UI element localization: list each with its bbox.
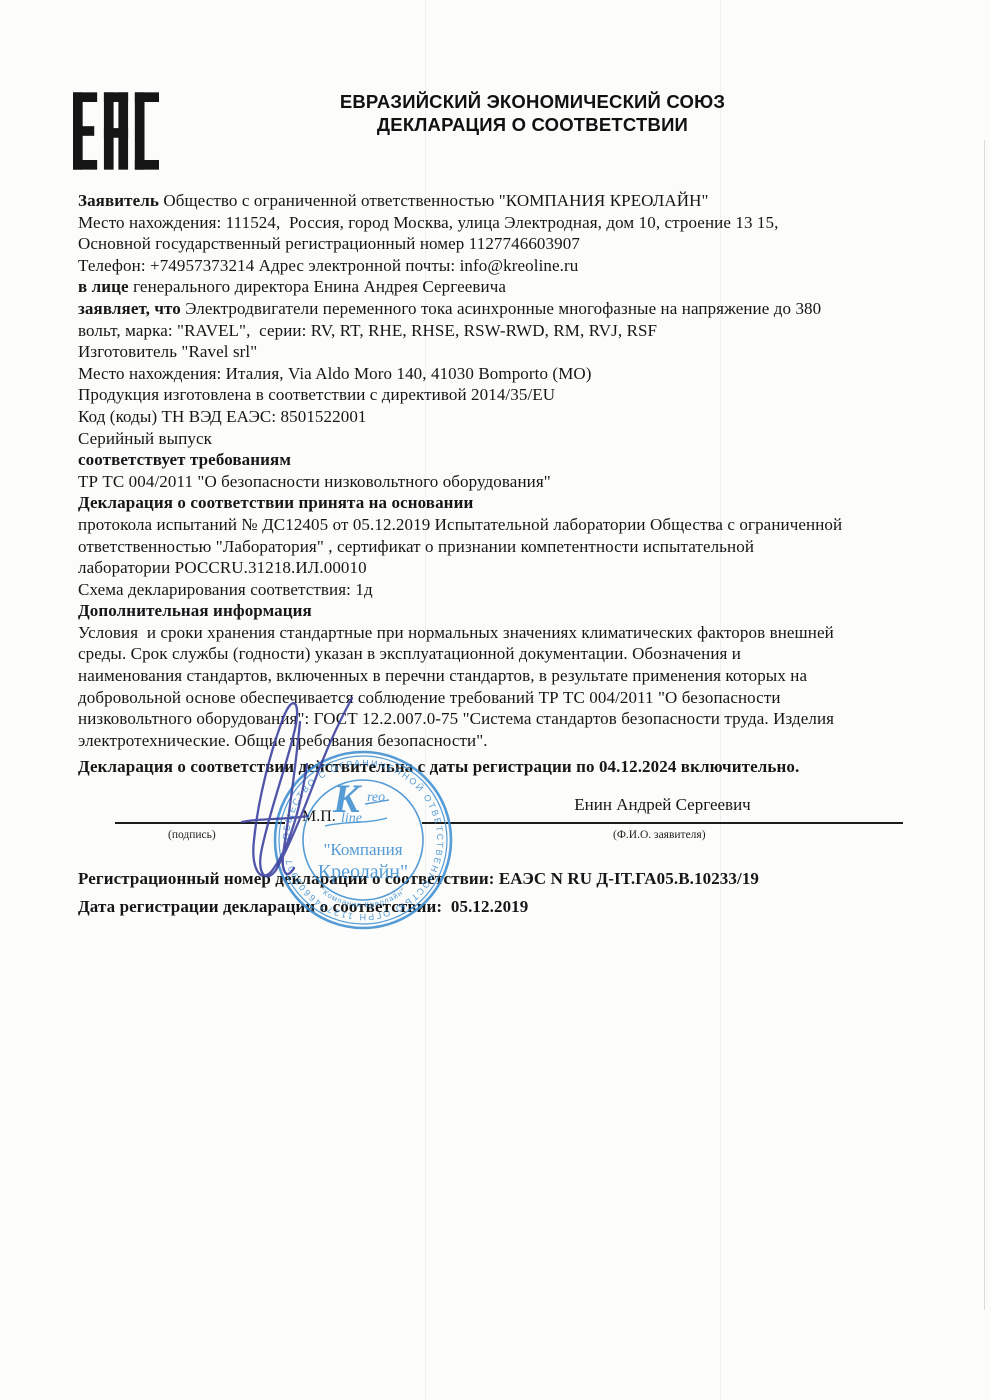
- doc-line: Изготовитель "Ravel srl": [78, 341, 938, 363]
- doc-line: Продукция изготовлена в соответствии с д…: [78, 384, 938, 406]
- registration-number-value: ЕАЭС N RU Д-IT.ГА05.В.10233/19: [499, 869, 759, 888]
- doc-line: заявляет, что Электродвигатели переменно…: [78, 298, 938, 320]
- doc-line: лаборатории РОССRU.31218.ИЛ.00010: [78, 557, 938, 579]
- fio-caption: (Ф.И.О. заявителя): [613, 829, 706, 841]
- doc-line: протокола испытаний № ДС12405 от 05.12.2…: [78, 514, 938, 536]
- doc-line: в лице генерального директора Енина Андр…: [78, 276, 938, 298]
- doc-line: Место нахождения: Италия, Via Aldo Moro …: [78, 363, 938, 385]
- doc-line: ТР ТС 004/2011 "О безопасности низковоль…: [78, 471, 938, 493]
- title-union: ЕВРАЗИЙСКИЙ ЭКОНОМИЧЕСКИЙ СОЮЗ: [75, 90, 990, 113]
- title-declaration: ДЕКЛАРАЦИЯ О СООТВЕТСТВИИ: [75, 113, 990, 136]
- doc-line: Декларация о соответствии принята на осн…: [78, 492, 938, 514]
- document-body: Заявитель Общество с ограниченной ответс…: [78, 190, 938, 751]
- doc-line: Дополнительная информация: [78, 600, 938, 622]
- doc-line: Код (коды) ТН ВЭД ЕАЭС: 8501522001: [78, 406, 938, 428]
- doc-line: ответственностью "Лаборатория" , сертифи…: [78, 536, 938, 558]
- document-title: ЕВРАЗИЙСКИЙ ЭКОНОМИЧЕСКИЙ СОЮЗ ДЕКЛАРАЦИ…: [75, 90, 990, 136]
- scan-edge-artifact: [984, 140, 985, 1310]
- doc-line: Заявитель Общество с ограниченной ответс…: [78, 190, 938, 212]
- doc-line: Схема декларирования соответствия: 1д: [78, 579, 938, 601]
- doc-line: Серийный выпуск: [78, 428, 938, 450]
- declaration-document: ЕВРАЗИЙСКИЙ ЭКОНОМИЧЕСКИЙ СОЮЗ ДЕКЛАРАЦИ…: [0, 0, 990, 1400]
- doc-line: соответствует требованиям: [78, 449, 938, 471]
- doc-line: среды. Срок службы (годности) указан в э…: [78, 643, 938, 665]
- fio-line: [422, 822, 903, 824]
- doc-line: Место нахождения: 111524, Россия, город …: [78, 212, 938, 234]
- doc-line: вольт, марка: "RAVEL", серии: RV, RT, RH…: [78, 320, 938, 342]
- doc-line: Телефон: +74957373214 Адрес электронной …: [78, 255, 938, 277]
- doc-line: Основной государственный регистрационный…: [78, 233, 938, 255]
- applicant-name: Енин Андрей Сергеевич: [422, 795, 903, 815]
- handwritten-signature: [200, 680, 400, 910]
- doc-line: Условия и сроки хранения стандартные при…: [78, 622, 938, 644]
